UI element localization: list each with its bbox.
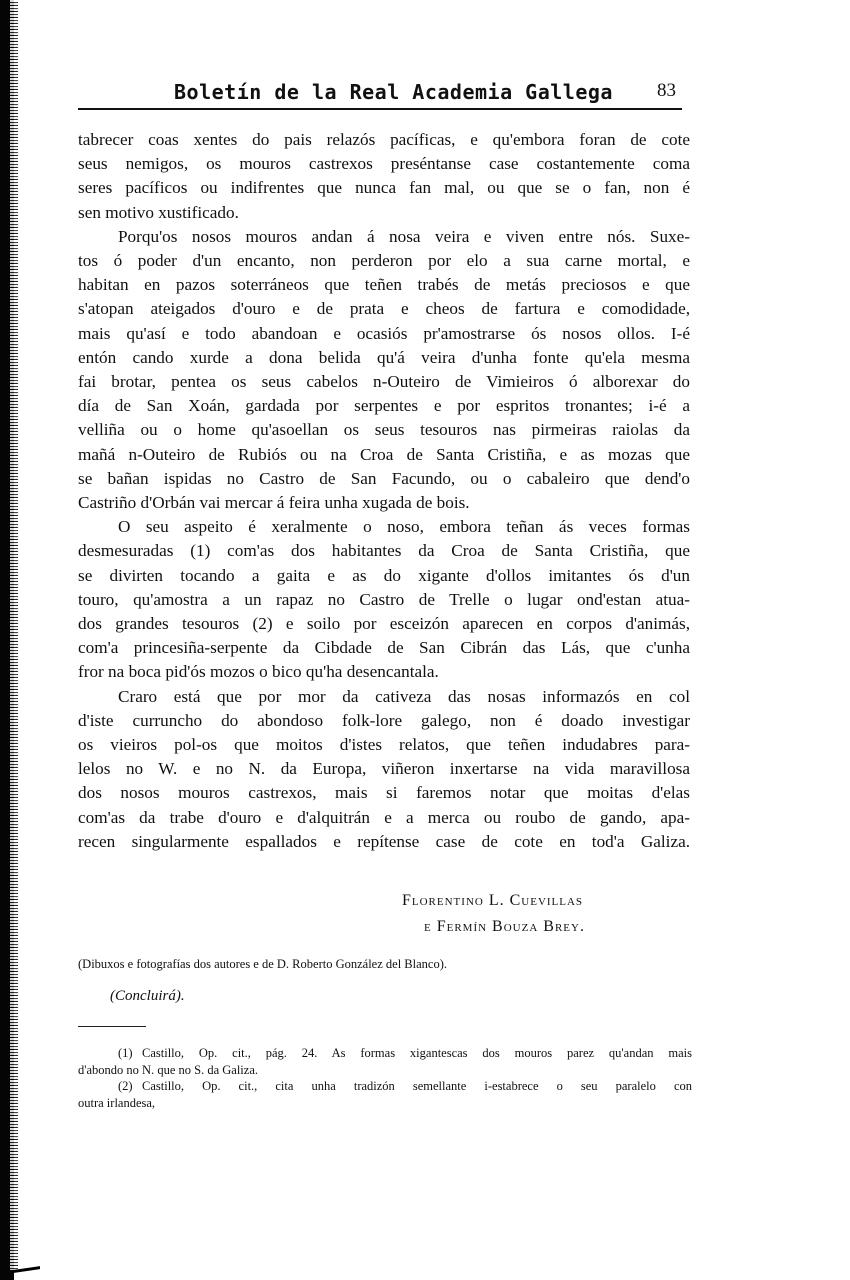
text-line: mañá n-Outeiro de Rubiós ou na Croa de S… — [78, 443, 690, 467]
footnote-marker: (1) — [118, 1045, 142, 1062]
footnotes: (1)Castillo, Op. cit., pág. 24. As forma… — [78, 1045, 692, 1111]
running-title: Boletín de la Real Academia Gallega — [174, 80, 613, 104]
text-line: desmesuradas (1) com'as dos habitantes d… — [78, 539, 690, 563]
text-line: O seu aspeito é xeralmente o noso, embor… — [78, 515, 690, 539]
paragraph-3: O seu aspeito é xeralmente o noso, embor… — [78, 515, 690, 684]
text-line: entón cando xurde a dona belida qu'á vei… — [78, 346, 690, 370]
image-credits: (Dibuxos e fotografías dos autores e de … — [78, 957, 447, 972]
continuation-note: (Concluirá). — [110, 988, 185, 1005]
text-line: touro, qu'amostra a un rapaz no Castro d… — [78, 588, 690, 612]
text-line: se bañan ispidas no Castro de San Facund… — [78, 467, 690, 491]
text-line: lelos no W. e no N. da Europa, viñeron i… — [78, 757, 690, 781]
text-line: seus nemigos, os mouros castrexos presén… — [78, 152, 690, 176]
page-header: Boletín de la Real Academia Gallega 83 — [78, 78, 680, 108]
text-line: com'as da trabe d'ouro e d'alquitrán e a… — [78, 806, 690, 830]
text-line: dos grandes tesouros (2) e soilo por esc… — [78, 612, 690, 636]
header-rule — [78, 108, 682, 110]
text-line: sen motivo xustificado. — [78, 201, 690, 225]
footnote-line: d'abondo no N. que no S. da Galiza. — [78, 1062, 692, 1079]
author-signature: Florentino L. Cuevillas e Fermín Bouza B… — [402, 888, 662, 940]
text-line: tos ó poder d'un encanto, non perderon p… — [78, 249, 690, 273]
text-line: Porqu'os nosos mouros andan á nosa veira… — [78, 225, 690, 249]
footnote-1: (1)Castillo, Op. cit., pág. 24. As forma… — [78, 1045, 692, 1078]
text-line: día de San Xoán, gardada por serpentes e… — [78, 394, 690, 418]
footnote-2: (2)Castillo, Op. cit., cita unha tradizó… — [78, 1078, 692, 1111]
page-number: 83 — [657, 80, 676, 102]
text-line: os vieiros pol-os que moitos d'istes rel… — [78, 733, 690, 757]
text-line: fai brotar, pentea os seus cabelos n-Out… — [78, 370, 690, 394]
text-line: velliña ou o home qu'asoellan os seus te… — [78, 418, 690, 442]
binding-scan-noise — [10, 0, 18, 1270]
signature-line-2: e Fermín Bouza Brey. — [402, 914, 662, 940]
text-line: mais qu'así e todo abandoan e ocasiós pr… — [78, 322, 690, 346]
text-line: Castriño d'Orbán vai mercar á feira unha… — [78, 491, 690, 515]
paragraph-2: Porqu'os nosos mouros andan á nosa veira… — [78, 225, 690, 515]
text-line: recen singularmente espallados e repíten… — [78, 830, 690, 854]
footnote-rule — [78, 1026, 146, 1027]
text-line: fror na boca pid'ós mozos o bico qu'ha d… — [78, 660, 690, 684]
body-text: tabrecer coas xentes do pais relazós pac… — [78, 128, 690, 854]
text-line: seres pacíficos ou indifrentes que nunca… — [78, 176, 690, 200]
paragraph-4: Craro está que por mor da cativeza das n… — [78, 685, 690, 854]
footnote-line: outra irlandesa, — [78, 1095, 692, 1112]
text-line: habitan en pazos soterráneos que teñen t… — [78, 273, 690, 297]
footnote-marker: (2) — [118, 1078, 142, 1095]
text-line: se divirten tocando a gaita e as do xiga… — [78, 564, 690, 588]
text-line: com'a princesiña-serpente da Cibdade de … — [78, 636, 690, 660]
text-line: Craro está que por mor da cativeza das n… — [78, 685, 690, 709]
paragraph-1: tabrecer coas xentes do pais relazós pac… — [78, 128, 690, 225]
text-line: dos nosos mouros castrexos, mais si fare… — [78, 781, 690, 805]
footnote-text: Castillo, Op. cit., cita unha tradizón s… — [142, 1079, 692, 1093]
footnote-line: (2)Castillo, Op. cit., cita unha tradizó… — [78, 1078, 692, 1095]
footnote-line: (1)Castillo, Op. cit., pág. 24. As forma… — [78, 1045, 692, 1062]
text-line: tabrecer coas xentes do pais relazós pac… — [78, 128, 690, 152]
signature-line-1: Florentino L. Cuevillas — [402, 892, 583, 909]
text-line: s'atopan ateigados d'ouro e de prata e c… — [78, 297, 690, 321]
text-line: d'iste curruncho do abondoso folk-lore g… — [78, 709, 690, 733]
footnote-text: Castillo, Op. cit., pág. 24. As formas x… — [142, 1046, 692, 1060]
